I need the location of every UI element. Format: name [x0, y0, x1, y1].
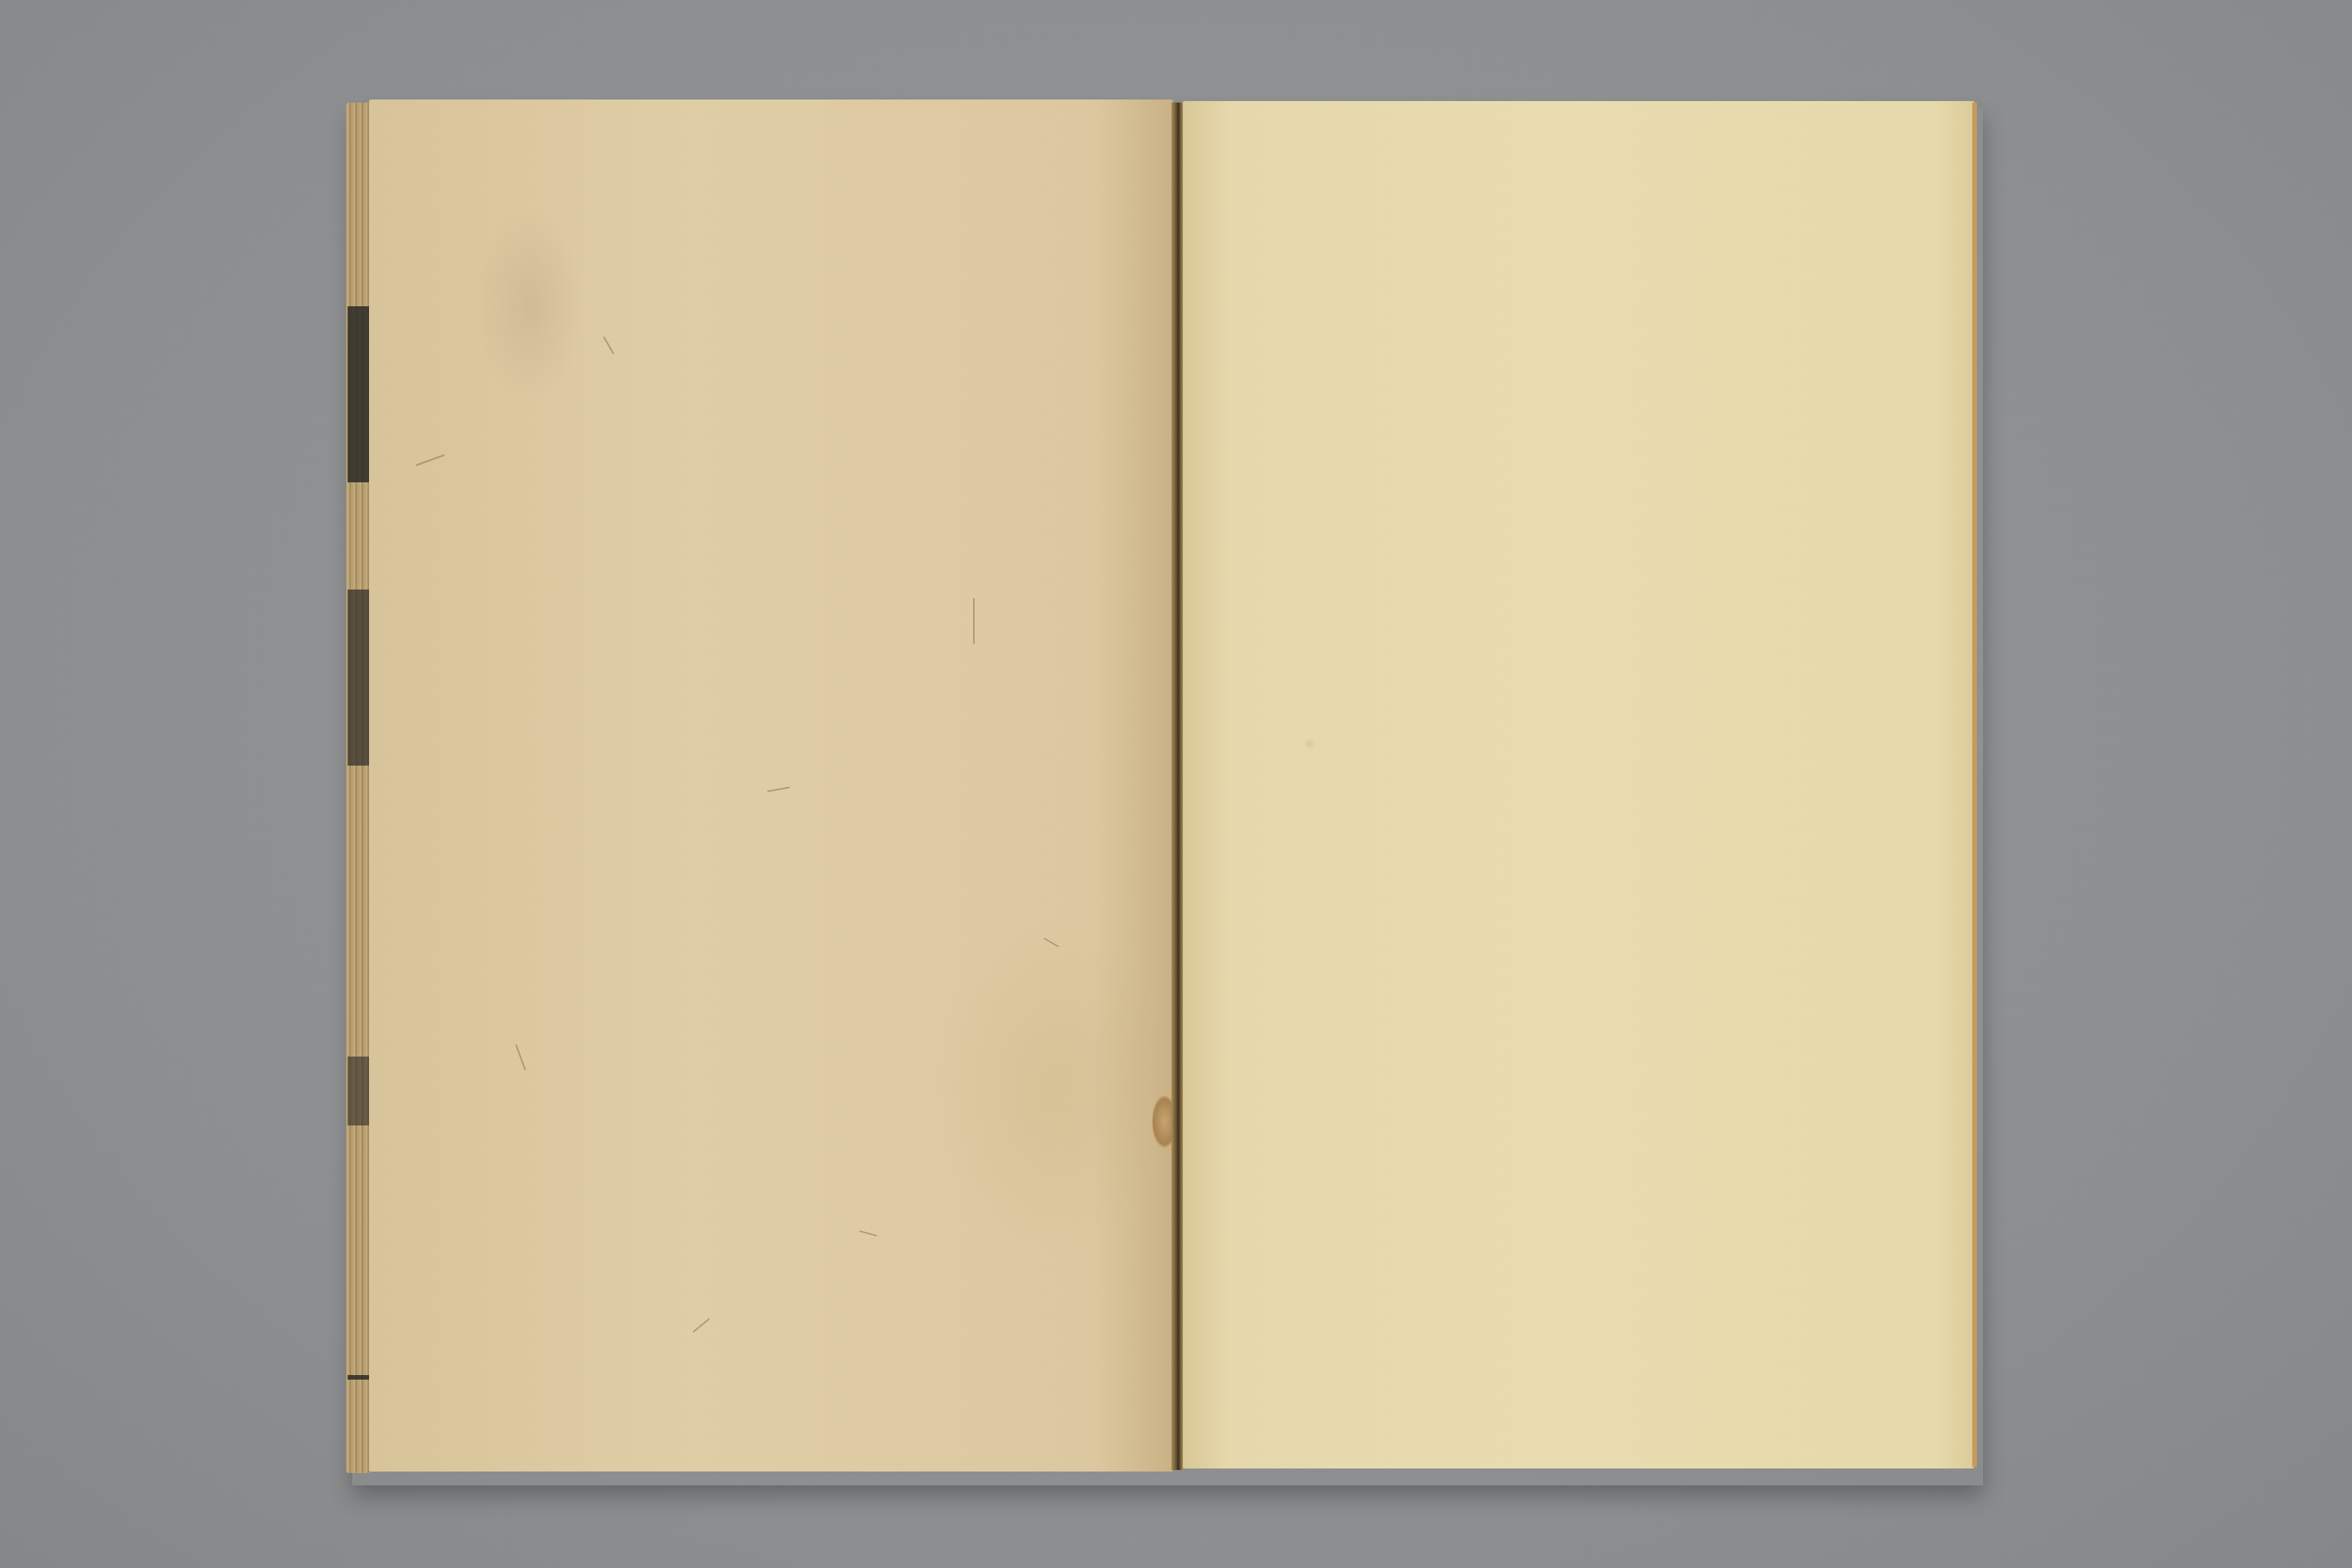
paper-fiber [859, 1230, 877, 1236]
paper-fiber [603, 336, 615, 354]
edge-ink-mark [348, 1375, 369, 1380]
edge-ink-mark [348, 590, 369, 766]
photo-background [0, 0, 2352, 1568]
paper-fiber [767, 786, 790, 792]
left-page [369, 100, 1173, 1472]
paper-fiber [515, 1044, 526, 1071]
paper-fiber [1044, 938, 1059, 948]
edge-ink-mark [348, 306, 369, 482]
paper-fiber [693, 1318, 710, 1333]
book-gutter [1171, 103, 1184, 1470]
right-page-edge [1972, 103, 1977, 1467]
paper-fiber [973, 598, 975, 644]
paper-fiber [416, 454, 445, 466]
page-tear [1151, 1095, 1173, 1148]
right-page [1183, 101, 1975, 1468]
edge-ink-mark [348, 1057, 369, 1125]
